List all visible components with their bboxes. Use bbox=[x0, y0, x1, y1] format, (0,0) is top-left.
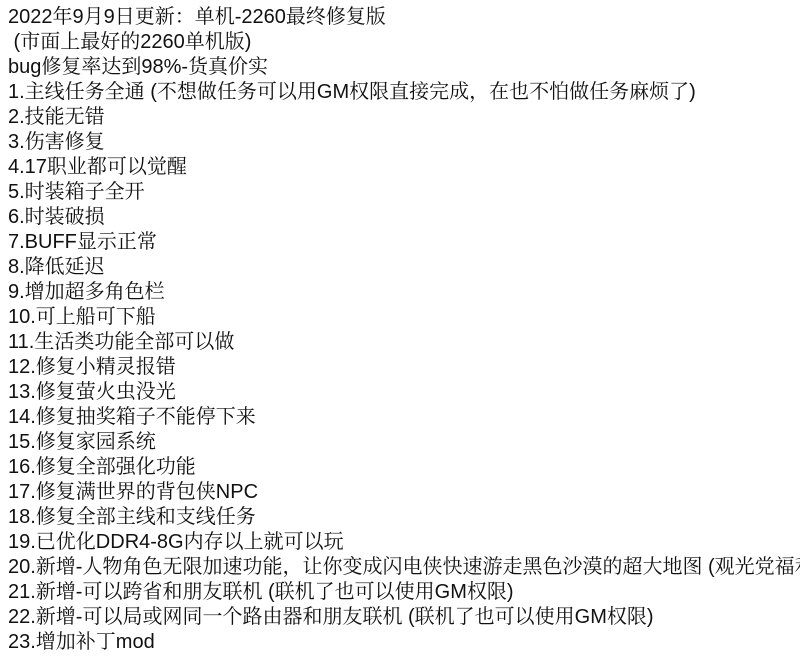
text-line: 10.可上船可下船 bbox=[8, 305, 794, 330]
text-line: 2022年9月9日更新：单机-2260最终修复版 bbox=[8, 5, 794, 30]
text-line: 6.时装破损 bbox=[8, 205, 794, 230]
text-line: 12.修复小精灵报错 bbox=[8, 355, 794, 380]
text-line: 22.新增-可以局或网同一个路由器和朋友联机 (联机了也可以使用GM权限) bbox=[8, 605, 794, 630]
text-line: (市面上最好的2260单机版) bbox=[8, 30, 794, 55]
text-line: 8.降低延迟 bbox=[8, 255, 794, 280]
text-line: 1.主线任务全通 (不想做任务可以用GM权限直接完成，在也不怕做任务麻烦了) bbox=[8, 80, 794, 105]
text-line: 19.已优化DDR4-8G内存以上就可以玩 bbox=[8, 530, 794, 555]
text-line: 20.新增-人物角色无限加速功能，让你变成闪电侠快速游走黑色沙漠的超大地图 (观… bbox=[8, 555, 794, 580]
changelog-document: 2022年9月9日更新：单机-2260最终修复版 (市面上最好的2260单机版)… bbox=[0, 0, 800, 656]
text-line: 15.修复家园系统 bbox=[8, 430, 794, 455]
text-line: 9.增加超多角色栏 bbox=[8, 280, 794, 305]
text-line: 21.新增-可以跨省和朋友联机 (联机了也可以使用GM权限) bbox=[8, 580, 794, 605]
text-line: 4.17职业都可以觉醒 bbox=[8, 155, 794, 180]
text-line: 3.伤害修复 bbox=[8, 130, 794, 155]
text-line: 18.修复全部主线和支线任务 bbox=[8, 505, 794, 530]
text-line: 17.修复满世界的背包侠NPC bbox=[8, 480, 794, 505]
text-line: 5.时装箱子全开 bbox=[8, 180, 794, 205]
text-line: 2.技能无错 bbox=[8, 105, 794, 130]
text-line: 16.修复全部强化功能 bbox=[8, 455, 794, 480]
text-line: 23.增加补丁mod bbox=[8, 630, 794, 655]
text-line: 7.BUFF显示正常 bbox=[8, 230, 794, 255]
text-line-list: 2022年9月9日更新：单机-2260最终修复版 (市面上最好的2260单机版)… bbox=[8, 5, 794, 655]
text-line: 13.修复萤火虫没光 bbox=[8, 380, 794, 405]
text-line: 11.生活类功能全部可以做 bbox=[8, 330, 794, 355]
text-line: 14.修复抽奖箱子不能停下来 bbox=[8, 405, 794, 430]
text-line: bug修复率达到98%-货真价实 bbox=[8, 55, 794, 80]
